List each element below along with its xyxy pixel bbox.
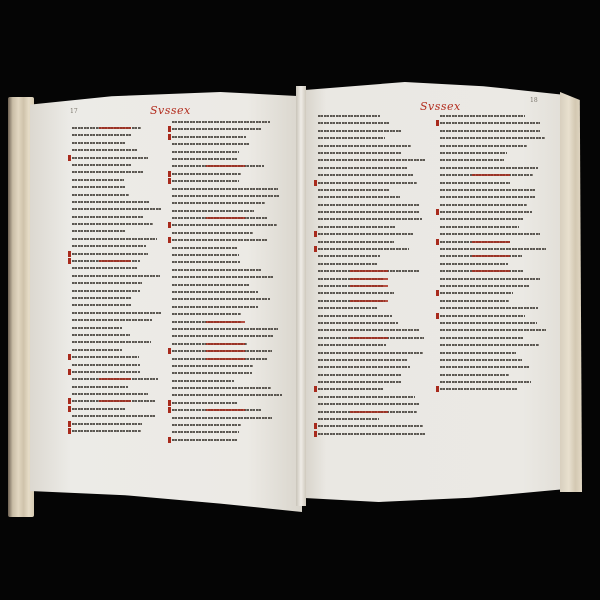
text-line xyxy=(72,161,162,168)
text-line xyxy=(318,422,426,429)
text-line xyxy=(72,338,162,345)
text-line xyxy=(440,112,548,119)
left-page-column-2 xyxy=(172,118,284,443)
text-line xyxy=(440,245,548,252)
text-line xyxy=(440,215,548,222)
text-line xyxy=(72,154,162,161)
text-line xyxy=(318,326,426,333)
open-book: 17 Svssex 18 Svssex xyxy=(0,0,600,600)
text-line xyxy=(318,415,426,422)
text-line xyxy=(440,134,548,141)
text-line xyxy=(440,193,548,200)
text-line xyxy=(318,127,426,134)
text-line xyxy=(72,272,162,279)
text-line xyxy=(72,139,162,146)
text-line xyxy=(440,149,548,156)
text-line xyxy=(440,267,548,274)
text-line xyxy=(318,215,426,222)
text-line xyxy=(172,384,284,391)
text-line xyxy=(318,297,426,304)
text-line xyxy=(72,331,162,338)
text-line xyxy=(72,294,162,301)
text-line xyxy=(172,118,284,125)
text-line xyxy=(72,375,162,382)
text-line xyxy=(172,318,284,325)
text-line xyxy=(72,124,162,131)
text-line xyxy=(440,119,548,126)
text-line xyxy=(440,297,548,304)
text-line xyxy=(172,281,284,288)
text-line xyxy=(172,258,284,265)
text-line xyxy=(72,383,162,390)
text-line xyxy=(440,201,548,208)
text-line xyxy=(172,125,284,132)
text-line xyxy=(172,428,284,435)
right-page-column-2 xyxy=(440,112,548,393)
text-line xyxy=(440,260,548,267)
text-line xyxy=(318,371,426,378)
text-line xyxy=(318,134,426,141)
text-line xyxy=(318,149,426,156)
text-line xyxy=(318,171,426,178)
text-line xyxy=(172,310,284,317)
text-line xyxy=(72,346,162,353)
text-line xyxy=(172,236,284,243)
text-line xyxy=(72,390,162,397)
text-line xyxy=(172,406,284,413)
text-line xyxy=(440,304,548,311)
text-line xyxy=(72,361,162,368)
text-line xyxy=(318,267,426,274)
text-line xyxy=(440,208,548,215)
text-line xyxy=(318,260,426,267)
text-line xyxy=(440,341,548,348)
text-line xyxy=(172,414,284,421)
text-line xyxy=(72,324,162,331)
text-line xyxy=(440,142,548,149)
book-gutter xyxy=(296,86,306,506)
text-line xyxy=(318,186,426,193)
text-line xyxy=(72,279,162,286)
text-line xyxy=(440,282,548,289)
text-line xyxy=(318,289,426,296)
text-line xyxy=(440,275,548,282)
text-line xyxy=(172,207,284,214)
text-line xyxy=(318,430,426,437)
text-line xyxy=(72,205,162,212)
text-line xyxy=(318,223,426,230)
text-line xyxy=(172,340,284,347)
text-line xyxy=(440,378,548,385)
text-line xyxy=(72,397,162,404)
text-line xyxy=(172,192,284,199)
text-line xyxy=(318,119,426,126)
text-line xyxy=(72,220,162,227)
text-line xyxy=(172,332,284,339)
left-page-column-1 xyxy=(72,124,162,434)
text-line xyxy=(318,408,426,415)
text-line xyxy=(172,162,284,169)
text-line xyxy=(72,146,162,153)
text-line xyxy=(318,179,426,186)
text-line xyxy=(440,186,548,193)
text-line xyxy=(318,393,426,400)
text-line xyxy=(72,427,162,434)
text-line xyxy=(72,353,162,360)
text-line xyxy=(318,363,426,370)
text-line xyxy=(318,208,426,215)
text-line xyxy=(172,369,284,376)
right-page-column-1 xyxy=(318,112,426,437)
text-line xyxy=(72,227,162,234)
text-line xyxy=(440,371,548,378)
text-line xyxy=(172,251,284,258)
text-line xyxy=(440,289,548,296)
text-line xyxy=(440,171,548,178)
right-page-edges xyxy=(560,92,582,492)
text-line xyxy=(172,199,284,206)
text-line xyxy=(440,230,548,237)
text-line xyxy=(172,288,284,295)
text-line xyxy=(318,304,426,311)
text-line xyxy=(72,183,162,190)
text-line xyxy=(72,235,162,242)
text-line xyxy=(440,326,548,333)
text-line xyxy=(172,214,284,221)
text-line xyxy=(72,405,162,412)
text-line xyxy=(72,213,162,220)
text-line xyxy=(172,244,284,251)
text-line xyxy=(318,230,426,237)
left-page-number: 17 xyxy=(70,108,78,115)
text-line xyxy=(318,349,426,356)
text-line xyxy=(172,377,284,384)
right-page-number: 18 xyxy=(530,97,538,104)
text-line xyxy=(172,303,284,310)
text-line xyxy=(72,368,162,375)
text-line xyxy=(172,347,284,354)
text-line xyxy=(72,168,162,175)
text-line xyxy=(440,349,548,356)
text-line xyxy=(172,355,284,362)
text-line xyxy=(318,312,426,319)
text-line xyxy=(318,238,426,245)
text-line xyxy=(72,301,162,308)
text-line xyxy=(172,391,284,398)
text-line xyxy=(318,201,426,208)
left-running-title: Svssex xyxy=(150,104,191,117)
text-line xyxy=(72,287,162,294)
text-line xyxy=(318,193,426,200)
text-line xyxy=(172,133,284,140)
text-line xyxy=(72,198,162,205)
text-line xyxy=(440,334,548,341)
text-line xyxy=(172,170,284,177)
text-line xyxy=(172,177,284,184)
text-line xyxy=(440,164,548,171)
text-line xyxy=(72,242,162,249)
text-line xyxy=(440,252,548,259)
text-line xyxy=(72,309,162,316)
text-line xyxy=(172,221,284,228)
text-line xyxy=(172,229,284,236)
text-line xyxy=(172,273,284,280)
text-line xyxy=(440,127,548,134)
text-line xyxy=(72,176,162,183)
text-line xyxy=(440,312,548,319)
text-line xyxy=(318,385,426,392)
text-line xyxy=(318,142,426,149)
text-line xyxy=(318,112,426,119)
text-line xyxy=(318,156,426,163)
text-line xyxy=(72,412,162,419)
text-line xyxy=(172,362,284,369)
text-line xyxy=(318,275,426,282)
text-line xyxy=(318,252,426,259)
text-line xyxy=(72,420,162,427)
text-line xyxy=(318,400,426,407)
text-line xyxy=(440,356,548,363)
text-line xyxy=(440,385,548,392)
text-line xyxy=(72,257,162,264)
text-line xyxy=(440,223,548,230)
text-line xyxy=(172,399,284,406)
text-line xyxy=(72,131,162,138)
text-line xyxy=(318,341,426,348)
text-line xyxy=(172,266,284,273)
text-line xyxy=(318,164,426,171)
text-line xyxy=(440,179,548,186)
text-line xyxy=(440,156,548,163)
text-line xyxy=(172,185,284,192)
text-line xyxy=(72,191,162,198)
text-line xyxy=(318,334,426,341)
text-line xyxy=(318,378,426,385)
text-line xyxy=(72,250,162,257)
text-line xyxy=(172,148,284,155)
text-line xyxy=(318,319,426,326)
text-line xyxy=(440,319,548,326)
text-line xyxy=(72,264,162,271)
text-line xyxy=(172,295,284,302)
text-line xyxy=(172,325,284,332)
text-line xyxy=(318,356,426,363)
text-line xyxy=(440,363,548,370)
text-line xyxy=(318,282,426,289)
text-line xyxy=(172,140,284,147)
text-line xyxy=(440,238,548,245)
text-line xyxy=(72,316,162,323)
text-line xyxy=(172,436,284,443)
text-line xyxy=(318,245,426,252)
text-line xyxy=(172,155,284,162)
text-line xyxy=(172,421,284,428)
